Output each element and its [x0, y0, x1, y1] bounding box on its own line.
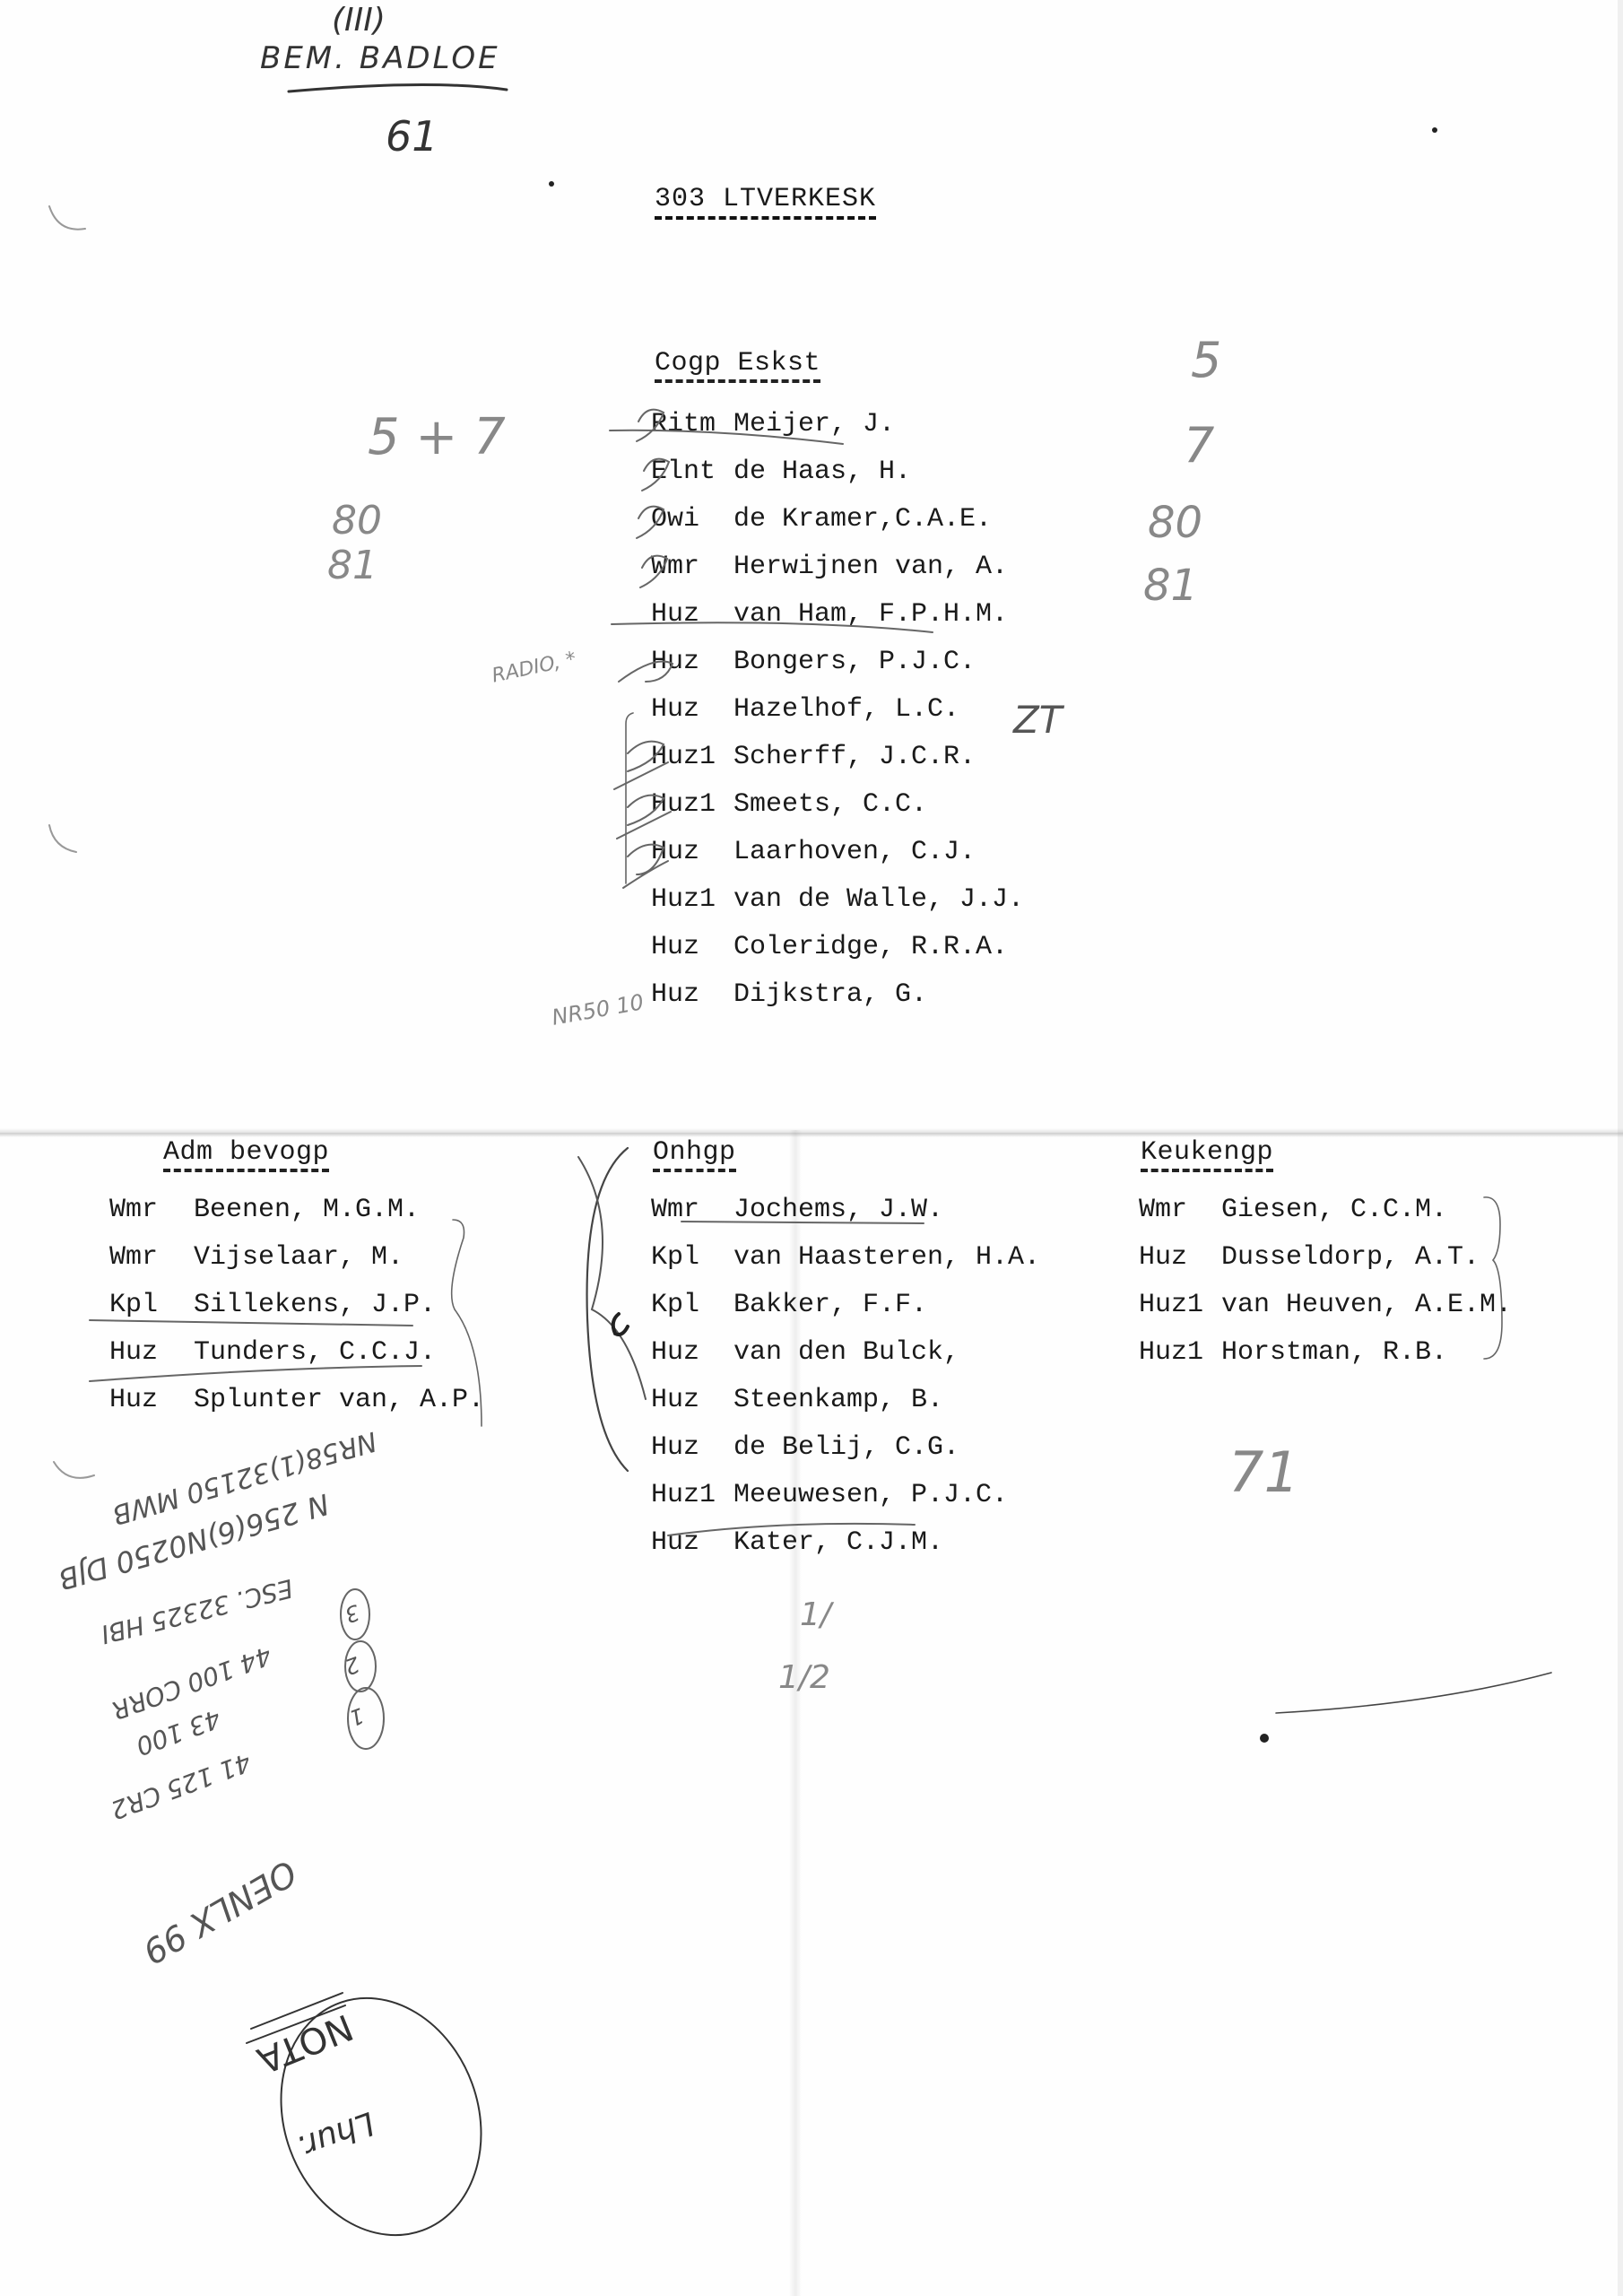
member-rank: Huz: [651, 1337, 733, 1385]
group-heading-keukengp: Keukengp: [1141, 1137, 1273, 1172]
member-rank: Huz: [651, 932, 733, 979]
member-row: WmrGiesen, C.C.M.: [1139, 1195, 1512, 1242]
member-row: WmrHerwijnen van, A.: [651, 552, 1024, 599]
member-rank: Huz: [651, 599, 733, 647]
onhgp-note-1: 1/: [800, 1596, 831, 1633]
member-name: Splunter van, A.P.: [194, 1385, 484, 1432]
left-sum-note: 5 + 7: [368, 408, 506, 466]
member-row: HuzBongers, P.J.C.: [651, 647, 1024, 694]
member-name: Hazelhof, L.C.: [733, 694, 959, 742]
member-name: van Ham, F.P.H.M.: [733, 599, 1008, 647]
member-name: van den Bulck,: [733, 1337, 959, 1385]
member-rank: Wmr: [109, 1242, 194, 1290]
bem-badloe-note: BEM. BADLOE: [260, 40, 500, 76]
member-name: Sillekens, J.P.: [194, 1290, 436, 1337]
member-name: Tunders, C.C.J.: [194, 1337, 436, 1385]
member-rank: Elnt: [651, 457, 733, 504]
member-name: Steenkamp, B.: [733, 1385, 943, 1432]
member-name: Meeuwesen, P.J.C.: [733, 1480, 1008, 1527]
right-81-note: 81: [1143, 561, 1198, 611]
member-row: WmrJochems, J.W.: [651, 1195, 1040, 1242]
member-list-onhgp: WmrJochems, J.W.Kplvan Haasteren, H.A.Kp…: [651, 1195, 1040, 1575]
member-rank: Kpl: [651, 1242, 733, 1290]
member-rank: Kpl: [651, 1290, 733, 1337]
member-name: van de Walle, J.J.: [733, 884, 1024, 932]
member-rank: Huz: [1139, 1242, 1221, 1290]
keuken-total-note: 71: [1228, 1439, 1299, 1505]
roman-numeral-note: (III): [332, 2, 386, 39]
group-heading-cogp-eskst: Cogp Eskst: [655, 348, 820, 383]
member-name: van Heuven, A.E.M.: [1221, 1290, 1512, 1337]
page-number-note: 61: [386, 112, 438, 161]
hazelhof-note: ZT: [1013, 698, 1062, 742]
member-row: Huz1Scherff, J.C.R.: [651, 742, 1024, 789]
member-name: Herwijnen van, A.: [733, 552, 1008, 599]
member-rank: Huz: [651, 979, 733, 1027]
member-rank: Huz: [651, 647, 733, 694]
member-rank: Kpl: [109, 1290, 194, 1337]
member-rank: Huz: [651, 1432, 733, 1480]
member-rank: Ritm: [651, 409, 733, 457]
member-name: Dijkstra, G.: [733, 979, 927, 1027]
member-row: KplBakker, F.F.: [651, 1290, 1040, 1337]
member-row: Huz1van Heuven, A.E.M.: [1139, 1290, 1512, 1337]
member-row: Huzvan den Bulck,: [651, 1337, 1040, 1385]
member-rank: Huz: [651, 1527, 733, 1575]
member-list-keukengp: WmrGiesen, C.C.M.HuzDusseldorp, A.T.Huz1…: [1139, 1195, 1512, 1385]
member-rank: Huz: [109, 1337, 194, 1385]
left-80-note: 80: [332, 498, 382, 544]
member-rank: Huz1: [651, 1480, 733, 1527]
member-name: Smeets, C.C.: [733, 789, 927, 837]
member-row: RitmMeijer, J.: [651, 409, 1024, 457]
member-rank: Huz: [651, 1385, 733, 1432]
right-7-note: 7: [1184, 417, 1214, 474]
member-name: Meijer, J.: [733, 409, 895, 457]
member-name: Bakker, F.F.: [733, 1290, 927, 1337]
member-name: Kater, C.J.M.: [733, 1527, 943, 1575]
member-rank: Huz1: [651, 884, 733, 932]
member-name: Jochems, J.W.: [733, 1195, 943, 1242]
horizontal-fold-crease: [0, 1128, 1623, 1137]
member-row: KplSillekens, J.P.: [109, 1290, 484, 1337]
member-row: Huz1Meeuwesen, P.J.C.: [651, 1480, 1040, 1527]
document-title: 303 LTVERKESK: [655, 184, 876, 220]
left-81-note: 81: [327, 543, 378, 588]
member-row: HuzDusseldorp, A.T.: [1139, 1242, 1512, 1290]
member-name: Vijselaar, M.: [194, 1242, 404, 1290]
member-row: WmrBeenen, M.G.M.: [109, 1195, 484, 1242]
member-row: WmrVijselaar, M.: [109, 1242, 484, 1290]
group-heading-adm-bevogp: Adm bevogp: [163, 1137, 329, 1172]
member-row: HuzKater, C.J.M.: [651, 1527, 1040, 1575]
member-row: Owide Kramer,C.A.E.: [651, 504, 1024, 552]
member-rank: Owi: [651, 504, 733, 552]
member-name: Coleridge, R.R.A.: [733, 932, 1008, 979]
member-row: HuzColeridge, R.R.A.: [651, 932, 1024, 979]
member-list-adm-bevogp: WmrBeenen, M.G.M.WmrVijselaar, M.KplSill…: [109, 1195, 484, 1432]
member-row: Huzvan Ham, F.P.H.M.: [651, 599, 1024, 647]
member-list-cogp-eskst: RitmMeijer, J.Elntde Haas, H.Owide Krame…: [651, 409, 1024, 1027]
member-name: Scherff, J.C.R.: [733, 742, 976, 789]
member-name: de Belij, C.G.: [733, 1432, 959, 1480]
member-rank: Huz: [651, 837, 733, 884]
member-rank: Wmr: [651, 1195, 733, 1242]
member-rank: Huz1: [651, 742, 733, 789]
member-row: HuzTunders, C.C.J.: [109, 1337, 484, 1385]
member-rank: Wmr: [1139, 1195, 1221, 1242]
member-rank: Huz: [651, 694, 733, 742]
member-row: HuzHazelhof, L.C.: [651, 694, 1024, 742]
right-80-note: 80: [1148, 498, 1202, 548]
member-row: Kplvan Haasteren, H.A.: [651, 1242, 1040, 1290]
member-name: de Haas, H.: [733, 457, 911, 504]
member-row: HuzSplunter van, A.P.: [109, 1385, 484, 1432]
member-row: Huz1Smeets, C.C.: [651, 789, 1024, 837]
member-rank: Huz1: [1139, 1290, 1221, 1337]
group-heading-onhgp: Onhgp: [653, 1137, 736, 1172]
member-name: van Haasteren, H.A.: [733, 1242, 1040, 1290]
member-row: HuzSteenkamp, B.: [651, 1385, 1040, 1432]
onhgp-note-2: 1/2: [778, 1659, 830, 1696]
member-rank: Wmr: [651, 552, 733, 599]
member-row: HuzDijkstra, G.: [651, 979, 1024, 1027]
member-name: Bongers, P.J.C.: [733, 647, 976, 694]
member-name: Dusseldorp, A.T.: [1221, 1242, 1480, 1290]
member-name: Beenen, M.G.M.: [194, 1195, 420, 1242]
member-rank: Huz1: [1139, 1337, 1221, 1385]
member-name: Laarhoven, C.J.: [733, 837, 976, 884]
member-name: Giesen, C.C.M.: [1221, 1195, 1447, 1242]
member-name: Horstman, R.B.: [1221, 1337, 1447, 1385]
page-edge: [1618, 0, 1623, 2296]
member-row: Huz1Horstman, R.B.: [1139, 1337, 1512, 1385]
member-rank: Huz1: [651, 789, 733, 837]
member-row: Elntde Haas, H.: [651, 457, 1024, 504]
member-row: HuzLaarhoven, C.J.: [651, 837, 1024, 884]
member-name: de Kramer,C.A.E.: [733, 504, 992, 552]
member-row: Huz1van de Walle, J.J.: [651, 884, 1024, 932]
member-rank: Huz: [109, 1385, 194, 1432]
member-row: Huzde Belij, C.G.: [651, 1432, 1040, 1480]
right-5-note: 5: [1191, 332, 1221, 388]
member-rank: Wmr: [109, 1195, 194, 1242]
